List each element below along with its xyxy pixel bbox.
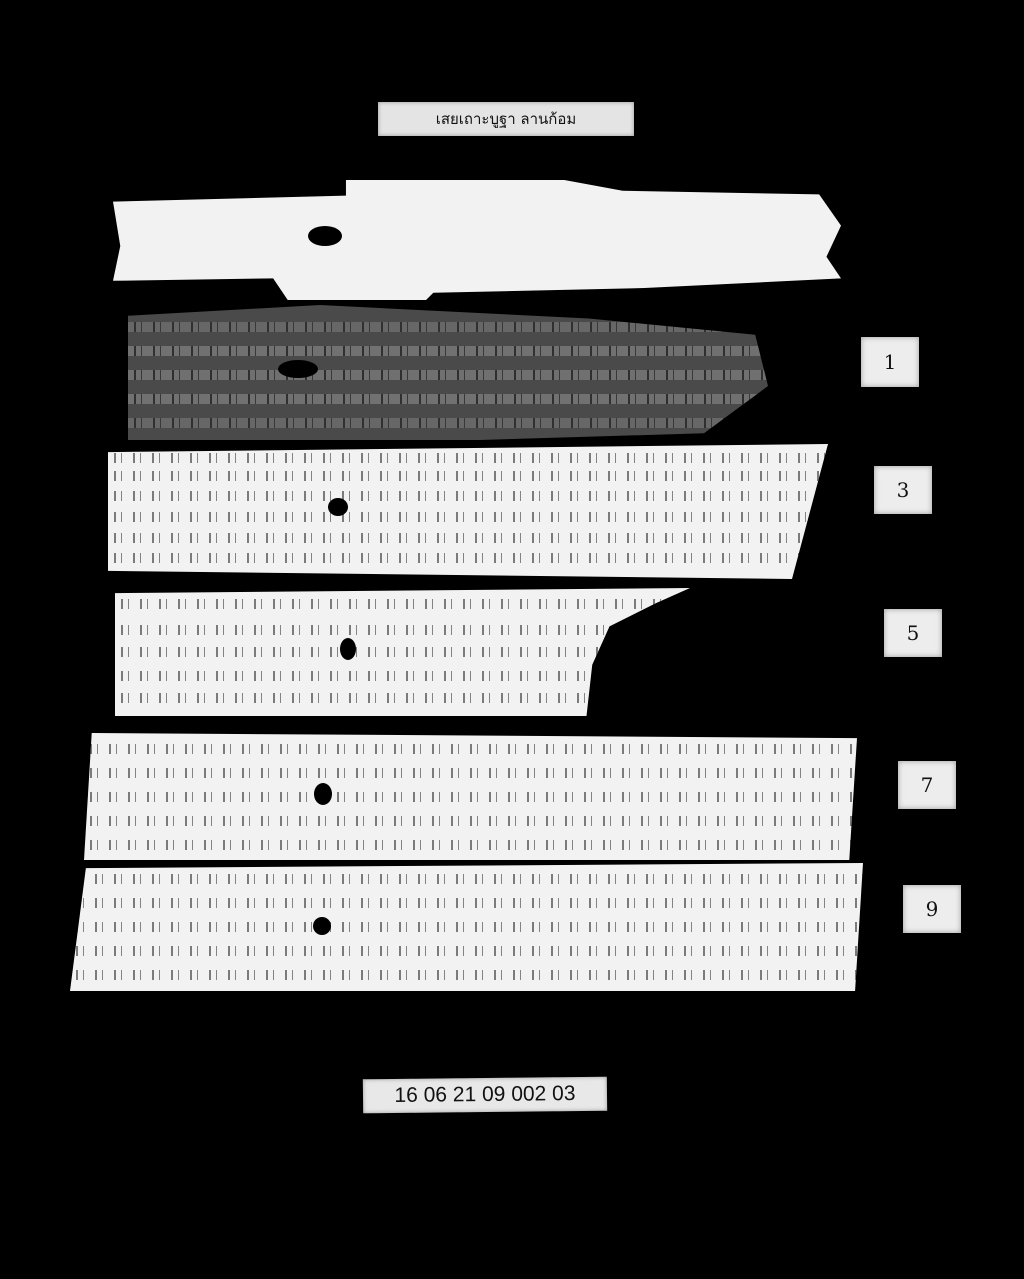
binding-hole xyxy=(278,360,318,378)
leaf-number-label: 1 xyxy=(861,337,919,387)
binding-hole xyxy=(328,498,348,516)
leaf-number-label: 7 xyxy=(898,761,956,809)
leaf-7 xyxy=(84,733,857,860)
leaf-number-7: 7 xyxy=(921,773,934,797)
binding-hole xyxy=(340,638,356,660)
leaf-number-label: 9 xyxy=(903,885,961,933)
leaf-5 xyxy=(115,588,690,716)
cover-leaf xyxy=(113,180,841,300)
leaf-number-label: 3 xyxy=(874,466,932,514)
leaf-number-9: 9 xyxy=(926,897,939,921)
leaf-number-5: 5 xyxy=(907,621,920,645)
catalog-id-text: 16 06 21 09 002 03 xyxy=(394,1082,575,1108)
leaf-number-label: 5 xyxy=(884,609,942,657)
binding-hole xyxy=(313,917,331,935)
leaf-3 xyxy=(108,444,828,579)
title-label: เสยเถาะบูฐา ลานก้อม xyxy=(378,102,634,136)
binding-hole xyxy=(314,783,332,805)
leaf-number-1: 1 xyxy=(884,350,897,374)
title-label-text: เสยเถาะบูฐา ลานก้อม xyxy=(436,107,577,131)
binding-hole xyxy=(308,226,342,246)
leaf-number-3: 3 xyxy=(897,478,910,502)
catalog-id-label: 16 06 21 09 002 03 xyxy=(363,1077,607,1114)
leaf-9 xyxy=(70,863,863,991)
leaf-1 xyxy=(128,305,768,440)
